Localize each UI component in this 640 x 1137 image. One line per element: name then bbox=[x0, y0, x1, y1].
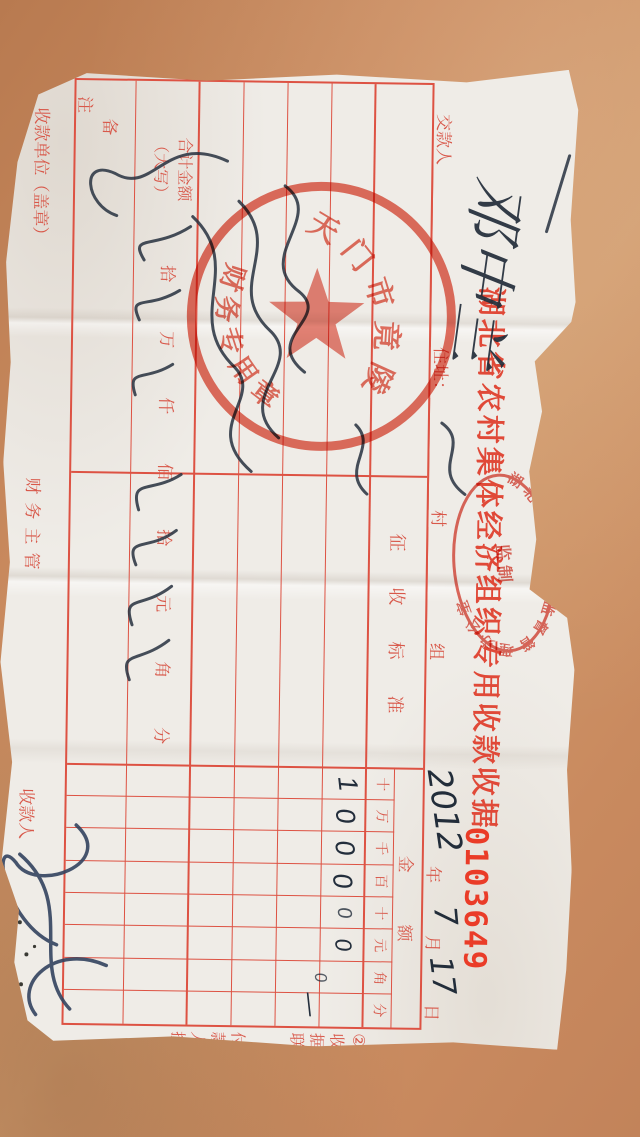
village-blank bbox=[426, 527, 445, 643]
copy-label: ②收据联 bbox=[285, 1030, 368, 1048]
cashier-label: 收款人 bbox=[15, 788, 41, 839]
copy-margin-text: ②收据联 付款人执 bbox=[108, 1021, 368, 1055]
capital-unit: 佰 bbox=[154, 463, 179, 480]
grid-line bbox=[64, 989, 392, 995]
handwritten-digit: 0 bbox=[328, 927, 358, 962]
amount-unit: 十 bbox=[373, 768, 393, 800]
handwritten-digit: 0 bbox=[327, 830, 361, 865]
handwritten-month: 7 bbox=[426, 905, 464, 928]
capital-unit: 拾 bbox=[153, 529, 178, 546]
remark-label: 备注 bbox=[73, 96, 124, 187]
handwritten-digit: 0 bbox=[330, 896, 356, 930]
stray-pen-mark bbox=[556, 466, 567, 540]
svg-text:财务专用章: 财务专用章 bbox=[192, 252, 297, 429]
capital-unit: 分 bbox=[150, 727, 175, 744]
column-header-amount: 金额 bbox=[391, 769, 423, 1027]
handwritten-year: 2012 bbox=[420, 766, 471, 855]
receipt-paper: 湖北省农村集体经济组织专用收款收据 0103649 交款人住址：村组 年月日 bbox=[0, 62, 587, 1050]
capital-unit: 元 bbox=[152, 595, 177, 612]
payer-label: 交款人 bbox=[433, 114, 453, 165]
handwritten-digit: 0 bbox=[328, 798, 362, 833]
handwritten-digit: 0 bbox=[325, 863, 359, 898]
stamp-bottom-text: 财务专用章 bbox=[192, 252, 297, 429]
finance-supervisor-label: 财务主管 bbox=[21, 477, 47, 577]
photo-background: 湖北省农村集体经济组织专用收款收据 0103649 交款人住址：村组 年月日 bbox=[0, 0, 640, 1137]
day-label: 日 bbox=[421, 1004, 441, 1073]
group-label: 组 bbox=[427, 643, 446, 660]
holder-label: 付款人执 bbox=[166, 1028, 246, 1046]
amount-unit: 十 bbox=[371, 897, 391, 929]
ink-dots bbox=[0, 902, 37, 987]
amount-unit: 百 bbox=[371, 865, 391, 897]
oval-center-text: 监 制 bbox=[493, 543, 516, 583]
column-header-standard: 征收标准 bbox=[367, 477, 427, 770]
handwritten-day: 17 bbox=[422, 954, 463, 998]
amount-unit: 千 bbox=[372, 832, 392, 864]
stray-pen-mark bbox=[547, 156, 570, 232]
capital-unit: 仟 bbox=[155, 397, 180, 414]
grid-line bbox=[122, 81, 136, 1024]
supervision-oval-stamp: 湖北省农民负担监督管理办公室 监 制 bbox=[439, 463, 569, 663]
amount-unit: 万 bbox=[372, 800, 392, 832]
amount-unit: 元 bbox=[370, 929, 390, 961]
receiving-unit-label: 收款单位（盖章） bbox=[29, 107, 56, 243]
handwritten-digit: 1 bbox=[330, 766, 364, 801]
capital-unit: 角 bbox=[151, 661, 176, 678]
amount-unit: 分 bbox=[369, 994, 389, 1026]
handwritten-digit: — bbox=[294, 987, 325, 1022]
amount-unit: 角 bbox=[370, 962, 390, 994]
